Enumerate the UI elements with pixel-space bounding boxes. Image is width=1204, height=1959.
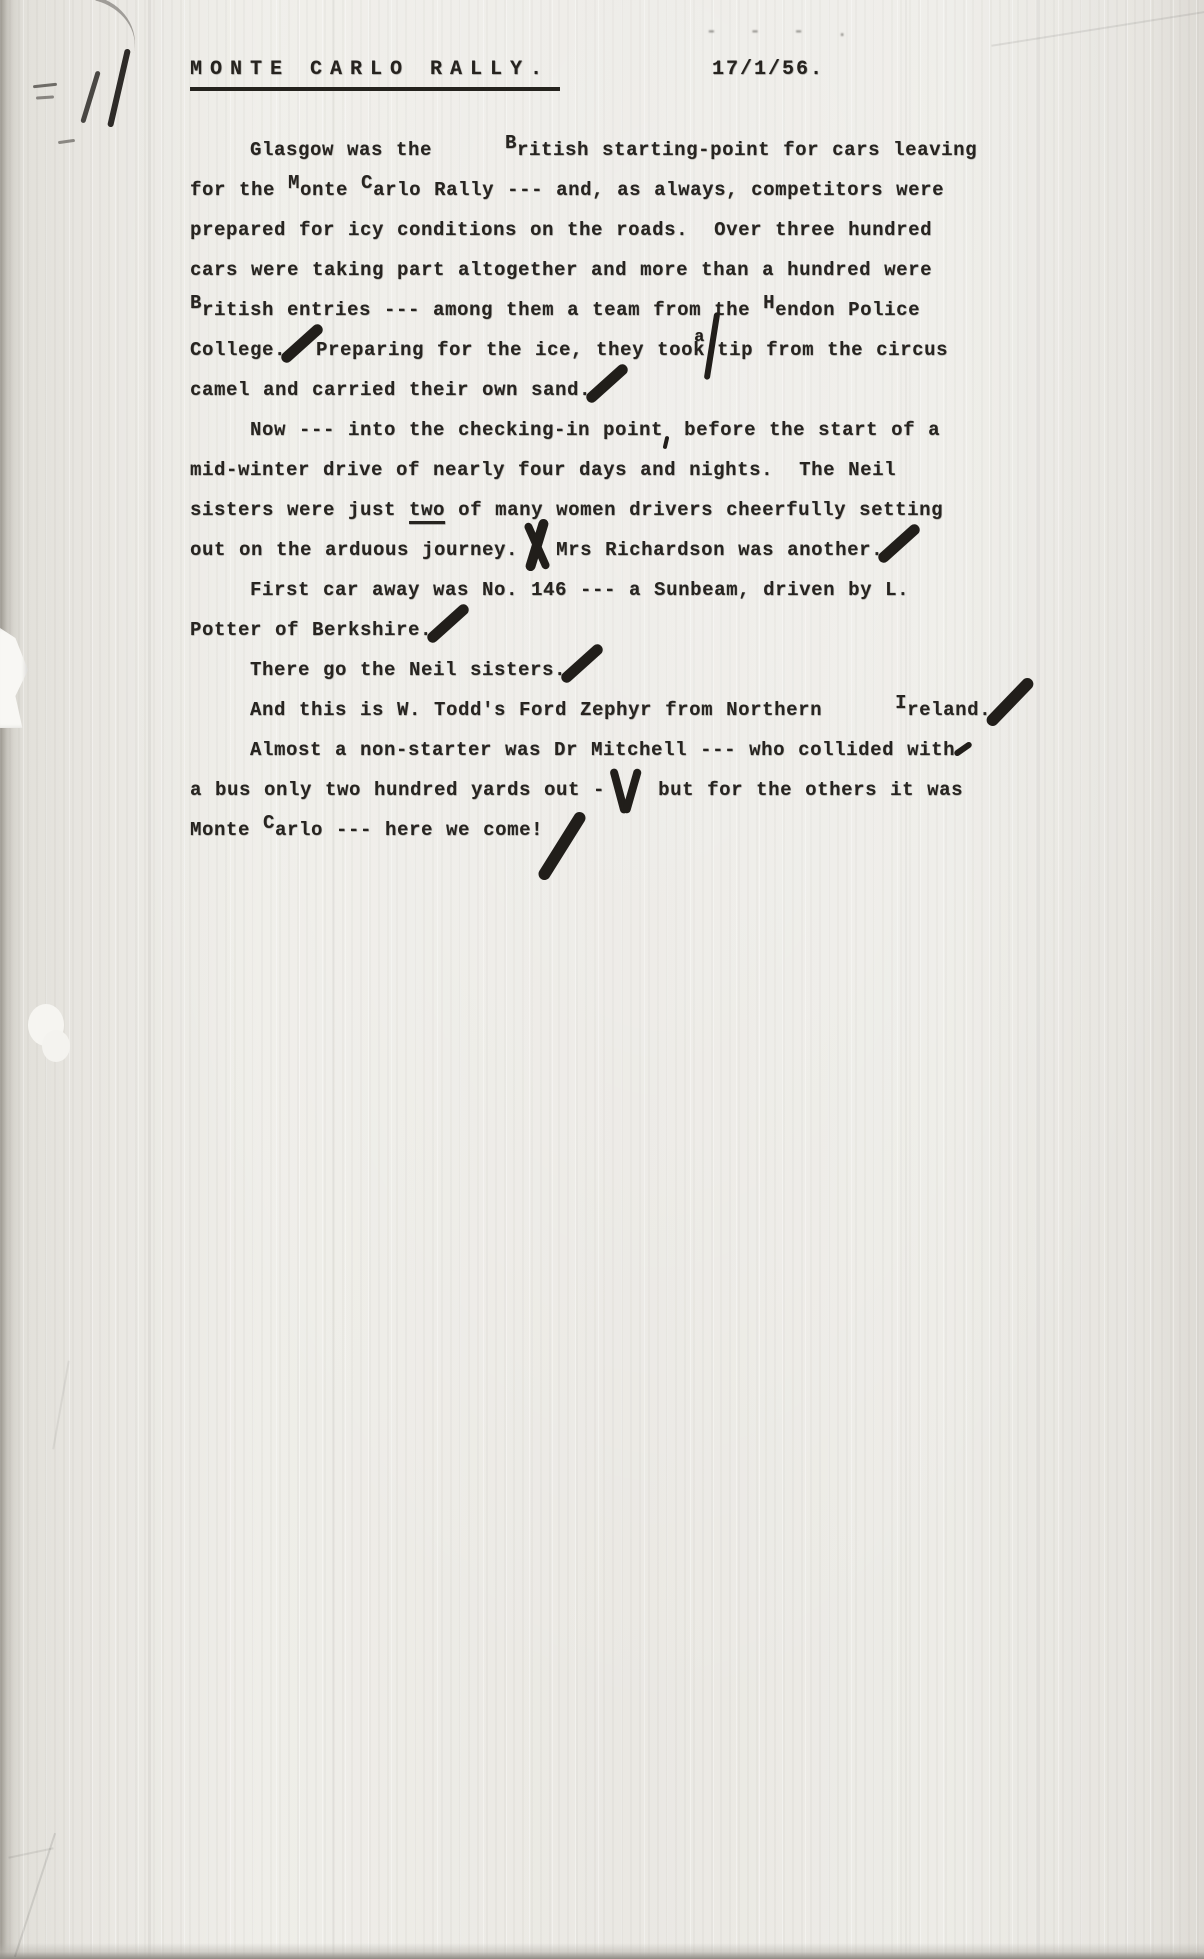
- typed-text: I: [835, 683, 907, 723]
- document-header: MONTE CARLO RALLY. 17/1/56.: [0, 58, 1204, 108]
- handwritten-caret-mark: [605, 794, 645, 795]
- typed-line: Monte Carlo --- here we come!: [190, 810, 980, 850]
- typed-text: for the: [190, 179, 288, 201]
- page-date: 17/1/56.: [712, 58, 824, 81]
- typed-text: Now --- into the checking-in point: [250, 419, 663, 441]
- typed-line: cars were taking part altogether and mor…: [190, 250, 980, 290]
- handwritten-slash-xl-mark: [543, 834, 569, 835]
- page-title: MONTE CARLO RALLY.: [190, 58, 560, 91]
- typed-text: before the start of a: [671, 419, 940, 441]
- typed-text: M: [288, 163, 300, 203]
- scanned-document-page: - - - . MONTE CARLO RALLY. 17/1/56. Glas…: [0, 0, 1204, 1959]
- typed-text: B: [445, 123, 517, 163]
- handwritten-slash-lg-mark: [991, 714, 1025, 715]
- typed-text: College.: [190, 339, 286, 361]
- typed-line: a bus only two hundred yards out - but f…: [190, 770, 980, 810]
- paper-white-spot: [42, 1030, 70, 1062]
- typed-line: Glasgow was the British starting-point f…: [190, 130, 980, 170]
- typed-text: out on the arduous journey.: [190, 539, 518, 561]
- typed-text: arlo --- here we come!: [275, 819, 543, 841]
- handwritten-slash-mark: [286, 354, 316, 355]
- typed-line: out on the arduous journey.Mrs Richardso…: [190, 530, 980, 570]
- typed-text: but for the others it was: [645, 779, 963, 801]
- typed-line: camel and carried their own sand.: [190, 370, 980, 410]
- erased-pencil-note: - - - .: [706, 22, 859, 42]
- handwritten-slash-mark: [591, 394, 621, 395]
- typed-text: mid-winter drive of nearly four days and…: [190, 459, 896, 481]
- typed-line: First car away was No. 146 --- a Sunbeam…: [190, 570, 980, 610]
- typed-text: H: [763, 283, 775, 323]
- typed-line: sisters were just two of many women driv…: [190, 490, 980, 530]
- pencil-dash-mark: [58, 139, 75, 144]
- typed-line: College.Preparing for the ice, they took…: [190, 330, 980, 370]
- handwritten-tick-mark: [955, 754, 967, 755]
- typed-text: C: [263, 803, 275, 843]
- handwritten-insert-a-mark: a: [705, 354, 717, 355]
- typed-text: And this is W. Todd's Ford Zephyr from N…: [250, 699, 835, 721]
- typed-text: endon Police: [775, 299, 920, 321]
- typed-text: arlo Rally --- and, as always, competito…: [373, 179, 944, 201]
- scan-streak: [1037, 0, 1040, 1959]
- typed-text: ritish entries --- among them a team fro…: [202, 299, 763, 321]
- typed-text: C: [361, 163, 373, 203]
- typed-text: a bus only two hundred yards out -: [190, 779, 605, 801]
- typed-text: First car away was No. 146 --- a Sunbeam…: [250, 579, 909, 601]
- typed-text: reland.: [907, 699, 991, 721]
- typed-line: And this is W. Todd's Ford Zephyr from N…: [190, 690, 980, 730]
- typed-text: ritish starting-point for cars leaving: [517, 139, 977, 161]
- typed-text: cars were taking part altogether and mor…: [190, 259, 932, 281]
- typed-text: sisters were just: [190, 499, 409, 521]
- typed-text: B: [190, 283, 202, 323]
- pencil-curve-mark: [85, 0, 145, 53]
- typed-line: Now --- into the checking-in point befor…: [190, 410, 980, 450]
- typed-text: Mrs Richardson was another.: [556, 539, 883, 561]
- typed-line: Potter of Berkshire.: [190, 610, 980, 650]
- typed-text: of many women drivers cheerfully setting: [445, 499, 943, 521]
- paper-bottom-edge-shade: [0, 1943, 1204, 1959]
- typed-line: Almost a non-starter was Dr Mitchell ---…: [190, 730, 980, 770]
- typed-text: two: [409, 499, 445, 521]
- typed-text: camel and carried their own sand.: [190, 379, 591, 401]
- typed-text: Potter of Berkshire.: [190, 619, 432, 641]
- typed-text: onte: [300, 179, 361, 201]
- scan-streak: [148, 0, 151, 1959]
- typed-text: There go the Neil sisters.: [250, 659, 566, 681]
- typed-text: Almost a non-starter was Dr Mitchell ---…: [250, 739, 955, 761]
- paper-tear-notch: [0, 628, 28, 728]
- paper-crease-bottom-left: [52, 1361, 70, 1450]
- typed-line: mid-winter drive of nearly four days and…: [190, 450, 980, 490]
- typed-text: Preparing for the ice, they took: [316, 339, 705, 361]
- handwritten-slash-mark: [883, 554, 913, 555]
- typed-text: Monte: [190, 819, 263, 841]
- handwritten-slash-mark: [566, 674, 596, 675]
- handwritten-x-mark: [518, 554, 556, 555]
- paper-crease-top-right: [991, 7, 1204, 47]
- typed-line: for the Monte Carlo Rally --- and, as al…: [190, 170, 980, 210]
- typed-text: Glasgow was the: [250, 139, 445, 161]
- typed-line: British entries --- among them a team fr…: [190, 290, 980, 330]
- typed-text: tip from the circus: [717, 339, 948, 361]
- paper-left-edge-shadow: [0, 0, 14, 1959]
- handwritten-slash-mark: [432, 634, 462, 635]
- typed-lines: Glasgow was the British starting-point f…: [190, 130, 980, 850]
- typed-text: prepared for icy conditions on the roads…: [190, 219, 932, 241]
- handwritten-comma-mark: [663, 434, 671, 435]
- typed-line: prepared for icy conditions on the roads…: [190, 210, 980, 250]
